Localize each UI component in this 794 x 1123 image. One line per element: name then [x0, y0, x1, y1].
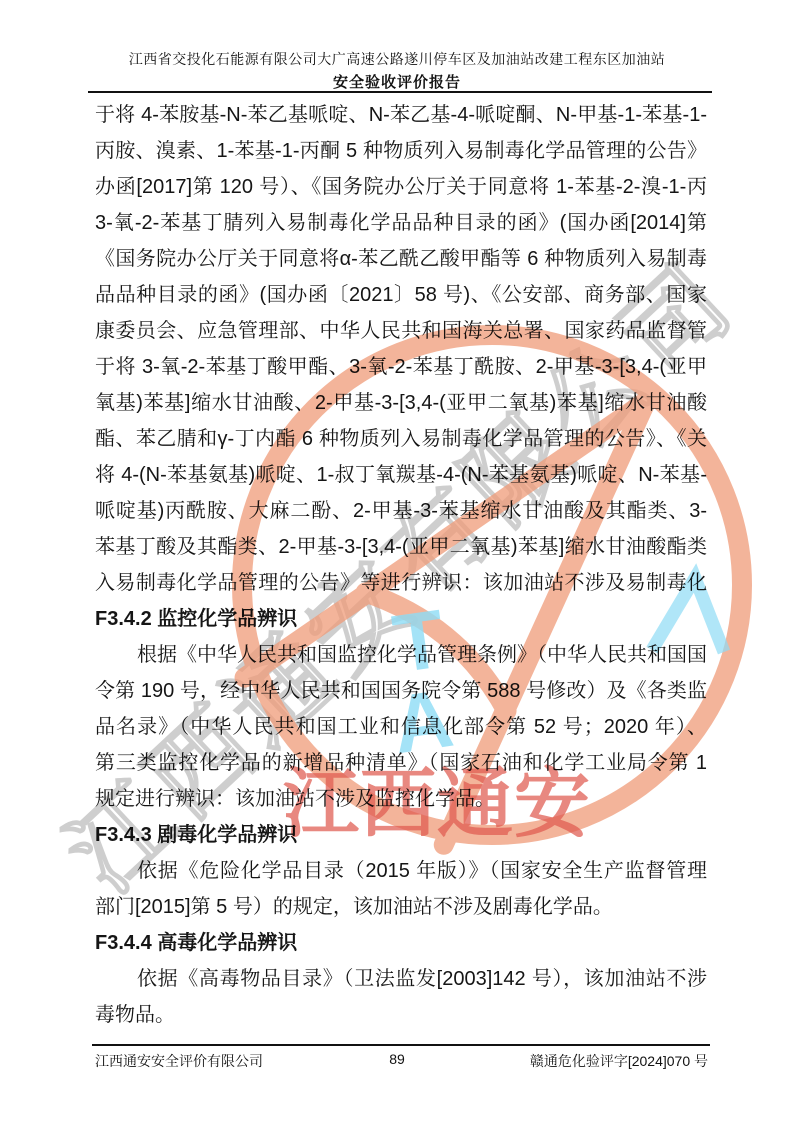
body-text: 于将 4-苯胺基-N-苯乙基哌啶、N-苯乙基-4-哌啶酮、N-甲基-1-苯基-1…	[95, 97, 707, 1033]
body-line: 酯、苯乙腈和γ-丁内酯 6 种物质列入易制毒化学品管理的公告》、《关于	[95, 421, 707, 457]
section-heading: F3.4.2 监控化学品辨识	[95, 601, 707, 637]
section-heading: F3.4.3 剧毒化学品辨识	[95, 817, 707, 853]
body-line: 将 4-(N-苯基氨基)哌啶、1-叔丁氧羰基-4-(N-苯基氨基)哌啶、N-苯基…	[95, 457, 707, 493]
body-line: 于将 3-氧-2-苯基丁酸甲酯、3-氧-2-苯基丁酰胺、2-甲基-3-[3,4-…	[95, 349, 707, 385]
body-line: 3-氧-2-苯基丁腈列入易制毒化学品品种目录的函》(国办函[2014]第 40 …	[95, 205, 707, 241]
body-line: 第三类监控化学品的新增品种清单》（国家石油和化学工业局令第 1 号）等	[95, 745, 707, 781]
body-line: 于将 4-苯胺基-N-苯乙基哌啶、N-苯乙基-4-哌啶酮、N-甲基-1-苯基-1…	[95, 97, 707, 133]
body-line: 根据《中华人民共和国监控化学品管理条例》（中华人民共和国国务院	[95, 637, 707, 673]
body-line: 哌啶基)丙酰胺、大麻二酚、2-甲基-3-苯基缩水甘油酸及其酯类、3-氧-2-	[95, 493, 707, 529]
header-rule	[88, 91, 712, 93]
body-line: 部门[2015]第 5 号）的规定，该加油站不涉及剧毒化学品。	[95, 889, 707, 925]
body-line: 《国务院办公厅关于同意将α-苯乙酰乙酸甲酯等 6 种物质列入易制毒化学	[95, 241, 707, 277]
body-line: 毒物品。	[95, 997, 707, 1033]
body-line: 品品种目录的函》(国办函〔2021〕58 号)、《公安部、商务部、国家卫生健	[95, 277, 707, 313]
body-line: 苯基丁酸及其酯类、2-甲基-3-[3,4-(亚甲二氧基)苯基]缩水甘油酸酯类列	[95, 529, 707, 565]
footer-rule	[92, 1044, 710, 1046]
header-title: 江西省交投化石能源有限公司大广高速公路遂川停车区及加油站改建工程东区加油站	[0, 49, 794, 69]
body-line: 品名录》（中华人民共和国工业和信息化部令第 52 号；2020 年）、《列入	[95, 709, 707, 745]
body-line: 康委员会、应急管理部、中华人民共和国海关总署、国家药品监督管理局关	[95, 313, 707, 349]
body-line: 办函[2017]第 120 号）、《国务院办公厅关于同意将 1-苯基-2-溴-1…	[95, 169, 707, 205]
document-page: 江西省交投化石能源有限公司大广高速公路遂川停车区及加油站改建工程东区加油站 安全…	[0, 0, 794, 1123]
section-heading: F3.4.4 高毒化学品辨识	[95, 925, 707, 961]
header-subtitle: 安全验收评价报告	[0, 71, 794, 92]
body-line: 丙胺、溴素、1-苯基-1-丙酮 5 种物质列入易制毒化学品管理的公告》（国	[95, 133, 707, 169]
body-line: 规定进行辨识：该加油站不涉及监控化学品。	[95, 781, 707, 817]
body-line: 依据《危险化学品目录（2015 年版）》（国家安全生产监督管理局等十	[95, 853, 707, 889]
footer-doc-number: 赣通危化验评字[2024]070 号	[530, 1051, 708, 1071]
body-line: 氧基)苯基]缩水甘油酸、2-甲基-3-[3,4-(亚甲二氧基)苯基]缩水甘油酸甲	[95, 385, 707, 421]
body-line: 依据《高毒物品目录》（卫法监发[2003]142 号），该加油站不涉及高	[95, 961, 707, 997]
body-line: 令第 190 号，经中华人民共和国国务院令第 588 号修改）及《各类监控化学	[95, 673, 707, 709]
body-line: 入易制毒化学品管理的公告》等进行辨识：该加油站不涉及易制毒化学品。	[95, 565, 707, 601]
